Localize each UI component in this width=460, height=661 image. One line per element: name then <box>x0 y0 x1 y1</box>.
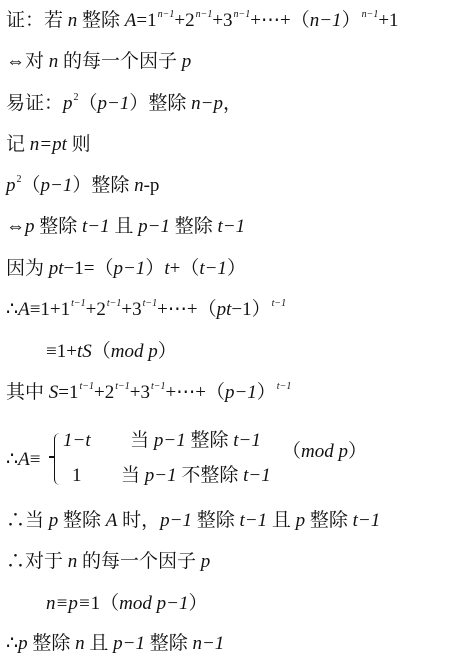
proof-line-1: 证：若 n 整除 A=1n−1+2n−1+3n−1+⋯+（n−1）n−1+1 <box>6 9 399 33</box>
text: 证：若 <box>6 10 68 31</box>
text: 整除 <box>192 510 240 531</box>
exponent: n−1 <box>158 9 175 20</box>
proof-line-9: ≡1+tS（mod p） <box>46 340 177 364</box>
text: +3 <box>130 382 150 403</box>
expr: p−1 <box>154 430 186 451</box>
expr: t−1 <box>199 258 227 279</box>
var-n: n <box>49 51 59 72</box>
text: ） <box>342 10 361 31</box>
expr: pt <box>49 258 64 279</box>
modulus: mod p <box>301 441 348 462</box>
var-n: n <box>68 551 78 572</box>
var-p: p <box>296 510 306 531</box>
exponent: t−1 <box>143 298 158 309</box>
expr: p−1 <box>145 465 177 486</box>
expr: n≡p≡ <box>46 593 91 614</box>
expr: t−1 <box>233 430 261 451</box>
text: ） <box>227 258 246 279</box>
text: +1 <box>378 10 398 31</box>
var-p: p <box>6 175 16 196</box>
expr: p−1 <box>98 93 130 114</box>
text: 1 <box>91 593 101 614</box>
exponent: t−1 <box>107 298 122 309</box>
var-p: p <box>63 93 73 114</box>
var-p: p <box>25 216 35 237</box>
left-brace-icon <box>54 433 63 485</box>
text: 整除 <box>305 510 353 531</box>
text: （ <box>282 441 301 462</box>
text: +⋯+（ <box>157 299 216 320</box>
proof-line-12: ∴当 p 整除 A 时，p−1 整除 t−1 且 p 整除 t−1 <box>6 509 380 533</box>
text: 其中 <box>6 382 49 403</box>
text: 不整除 <box>177 465 244 486</box>
text: 整除 <box>170 216 218 237</box>
exponent: t−1 <box>115 381 130 392</box>
text: ∴对于 <box>6 551 68 572</box>
expr: t−1 <box>240 510 268 531</box>
piecewise-modulus: （mod p） <box>282 436 367 463</box>
var-n: n <box>75 633 85 654</box>
var-n: n <box>134 175 144 196</box>
expr: t−1 <box>353 510 381 531</box>
expr: p−1 <box>113 633 145 654</box>
exponent: t−1 <box>151 381 166 392</box>
piecewise-lhs: ∴A≡ <box>6 448 40 472</box>
text: 的每一个因子 <box>58 51 182 72</box>
text: ）整除 <box>129 93 191 114</box>
therefore-symbol: ∴ <box>6 449 18 470</box>
text: （ <box>100 593 119 614</box>
modulus: mod p−1 <box>119 593 188 614</box>
expr: p−1 <box>160 510 192 531</box>
case-row-1: 1−t 当 p−1 整除 t−1 <box>63 425 261 452</box>
text: =1 <box>58 382 78 403</box>
var-p: p <box>49 510 59 531</box>
text: ） <box>188 593 207 614</box>
text: ）整除 <box>72 175 134 196</box>
case-value: 1 <box>72 465 82 486</box>
text: ） <box>158 341 177 362</box>
text: ≡ <box>30 449 41 470</box>
text: （ <box>79 93 98 114</box>
text: 整除 <box>186 430 234 451</box>
text: +3 <box>121 299 141 320</box>
var-A: A <box>18 449 30 470</box>
expr: n−p <box>191 93 223 114</box>
exponent: t−1 <box>71 298 86 309</box>
text: ， <box>223 93 242 114</box>
var-p: p <box>18 633 28 654</box>
text: 整除 <box>77 10 125 31</box>
text: ） <box>348 441 367 462</box>
text: 时， <box>117 510 160 531</box>
text: 易证： <box>6 93 63 114</box>
text: 整除 <box>28 633 76 654</box>
proof-line-13: ∴对于 n 的每一个因子 p <box>6 550 210 574</box>
var-p: p <box>201 551 211 572</box>
exponent: t−1 <box>79 381 94 392</box>
exponent: t−1 <box>277 381 292 392</box>
text: 当 <box>130 430 154 451</box>
text: 整除 <box>35 216 83 237</box>
text: 的每一个因子 <box>77 551 201 572</box>
text: 则 <box>67 134 91 155</box>
text: =1 <box>136 10 156 31</box>
var-A: A <box>106 510 118 531</box>
text: 因为 <box>6 258 49 279</box>
text: ≡1+ <box>46 341 77 362</box>
expr: pt <box>217 299 232 320</box>
text: ） <box>257 382 276 403</box>
proof-line-5: p2（p−1）整除 n-p <box>6 174 159 198</box>
text: +2 <box>94 382 114 403</box>
var-p: p <box>182 51 192 72</box>
text: ） <box>145 258 164 279</box>
text: 且 <box>267 510 296 531</box>
text: +（ <box>170 258 200 279</box>
text: 整除 <box>145 633 193 654</box>
var-A: A <box>125 10 137 31</box>
proof-line-3: 易证：p2（p−1）整除 n−p， <box>6 92 242 116</box>
expr: t−1 <box>243 465 271 486</box>
expr: n−1 <box>192 633 224 654</box>
expr: n−1 <box>310 10 342 31</box>
text: +⋯+（ <box>250 10 309 31</box>
text: （ <box>92 341 111 362</box>
text: 整除 <box>58 510 106 531</box>
case-row-2: 1 当 p−1 不整除 t−1 <box>72 460 271 487</box>
case-value: 1−t <box>63 430 91 451</box>
modulus: mod p <box>111 341 158 362</box>
therefore-symbol: ∴ <box>6 299 18 320</box>
proof-line-7: 因为 pt−1=（p−1）t+（t−1） <box>6 257 246 281</box>
exponent: n−1 <box>362 9 379 20</box>
text: 且 <box>85 633 114 654</box>
text: −1） <box>231 299 270 320</box>
text: ⇔对 <box>6 51 49 72</box>
proof-line-10: 其中 S=1t−1+2t−1+3t−1+⋯+（p−1）t−1 <box>6 381 291 405</box>
expr: t−1 <box>217 216 245 237</box>
expr: p−1 <box>138 216 170 237</box>
text: +2 <box>174 10 194 31</box>
var-n: n <box>68 10 78 31</box>
text: （ <box>22 175 41 196</box>
text: ≡1+1 <box>30 299 70 320</box>
text: +3 <box>212 10 232 31</box>
expr: tS <box>77 341 92 362</box>
proof-line-15: ∴p 整除 n 且 p−1 整除 n−1 <box>6 632 224 656</box>
proof-line-2: ⇔对 n 的每一个因子 p <box>6 50 191 74</box>
expr: p−1 <box>113 258 145 279</box>
expr: n=pt <box>30 134 67 155</box>
text: +2 <box>86 299 106 320</box>
text: +⋯+（ <box>166 382 225 403</box>
text: 且 <box>110 216 139 237</box>
text: −1=（ <box>64 258 114 279</box>
expr: p−1 <box>225 382 257 403</box>
proof-line-14: n≡p≡1（mod p−1） <box>46 592 207 616</box>
proof-line-8: ∴A≡1+1t−1+2t−1+3t−1+⋯+（pt−1）t−1 <box>6 298 286 322</box>
exponent: t−1 <box>272 298 287 309</box>
proof-line-6: ⇔p 整除 t−1 且 p−1 整除 t−1 <box>6 215 245 239</box>
proof-line-4: 记 n=pt 则 <box>6 133 91 157</box>
exponent: n−1 <box>196 9 213 20</box>
therefore-symbol: ∴ <box>6 633 18 654</box>
text: 当 <box>121 465 145 486</box>
text: ∴当 <box>6 510 49 531</box>
text: 记 <box>6 134 30 155</box>
expr: p−1 <box>41 175 73 196</box>
expr: t−1 <box>82 216 110 237</box>
exponent: n−1 <box>234 9 251 20</box>
var-A: A <box>18 299 30 320</box>
text: -p <box>144 175 160 196</box>
var-S: S <box>49 382 59 403</box>
iff-symbol: ⇔ <box>6 216 25 237</box>
